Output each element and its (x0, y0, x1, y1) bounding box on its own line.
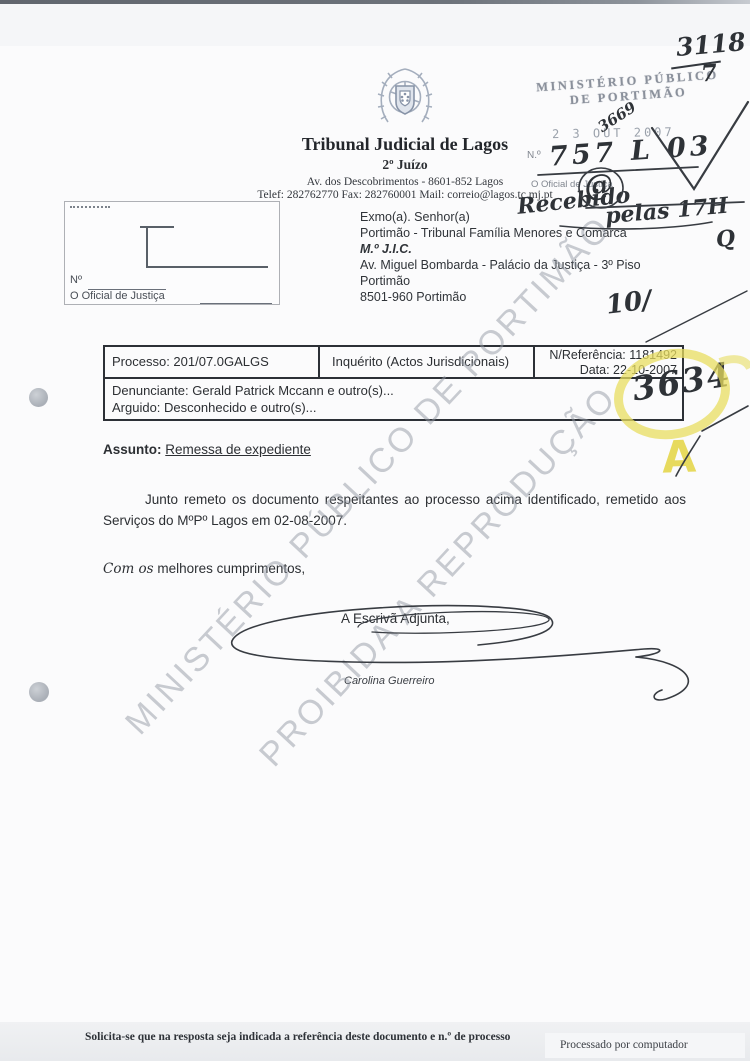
body-paragraph: Junto remeto os documento respeitantes a… (103, 489, 686, 531)
complainant-line: Denunciante: Gerald Patrick Mccann e out… (112, 382, 676, 399)
recipient-address: Exmo(a). Senhor(a) Portimão - Tribunal F… (360, 209, 690, 305)
routing-box-number-label: Nº (70, 274, 82, 286)
closing-italic: Com os (103, 561, 154, 577)
processed-by-computer-label: Processado por computador (560, 1039, 688, 1051)
case-reference-cell: N/Referência: 1181492 Data: 22-10-2007 (535, 347, 682, 377)
closing-rest: melhores cumprimentos, (154, 561, 306, 576)
case-number-cell: Processo: 201/07.0GALGS (105, 347, 320, 377)
case-table-header-row: Processo: 201/07.0GALGS Inquérito (Actos… (105, 347, 682, 379)
recipient-line: 8501-960 Portimão (360, 289, 690, 305)
ref-number-label: N.º (527, 150, 541, 161)
signature-role: A Escrivã Adjunta, (341, 611, 450, 626)
handwritten-initial-q: Q (715, 225, 737, 253)
footer-note: Solicita-se que na resposta seja indicad… (85, 1031, 510, 1043)
routing-box-bracket (146, 228, 268, 268)
coat-of-arms-icon (376, 66, 434, 130)
punch-hole-top (29, 388, 48, 407)
scan-top-band (0, 4, 750, 46)
watermark-line2: PROIBIDA A REPRODUÇÃO (252, 379, 625, 775)
case-table: Processo: 201/07.0GALGS Inquérito (Actos… (103, 345, 684, 421)
punch-hole-bottom (29, 682, 49, 702)
signature-name: Carolina Guerreiro (344, 675, 434, 687)
case-type-cell: Inquérito (Actos Jurisdicionais) (320, 347, 535, 377)
recipient-line: Portimão (360, 273, 690, 289)
routing-box-official-label: O Oficial de Justiça (70, 290, 165, 302)
case-date: Data: 22-10-2007 (539, 363, 677, 378)
case-parties-row: Denunciante: Gerald Patrick Mccann e out… (105, 379, 682, 419)
recipient-line: Av. Miguel Bombarda - Palácio da Justiça… (360, 257, 690, 273)
recipient-line: Exmo(a). Senhor(a) (360, 209, 690, 225)
recipient-line: Portimão - Tribunal Família Menores e Co… (360, 225, 690, 241)
highlighter-letter-a: A (661, 431, 697, 483)
case-reference: N/Referência: 1181492 (539, 348, 677, 363)
handwritten-folio-denominator: 7 (700, 59, 718, 87)
routing-box-dashes (70, 206, 110, 208)
handwritten-folio-number: 3118 (675, 27, 747, 62)
recipient-line: M.º J.I.C. (360, 241, 690, 257)
defendant-line: Arguido: Desconhecido e outro(s)... (112, 399, 676, 416)
routing-box-official-blank (200, 303, 272, 304)
subject-value: Remessa de expediente (165, 442, 311, 457)
subject-line: Assunto: Remessa de expediente (103, 442, 311, 457)
scanned-court-letter: Tribunal Judicial de Lagos 2º Juízo Av. … (0, 0, 750, 1061)
subject-label: Assunto: (103, 442, 162, 457)
closing-line: Com os melhores cumprimentos, (103, 561, 305, 577)
